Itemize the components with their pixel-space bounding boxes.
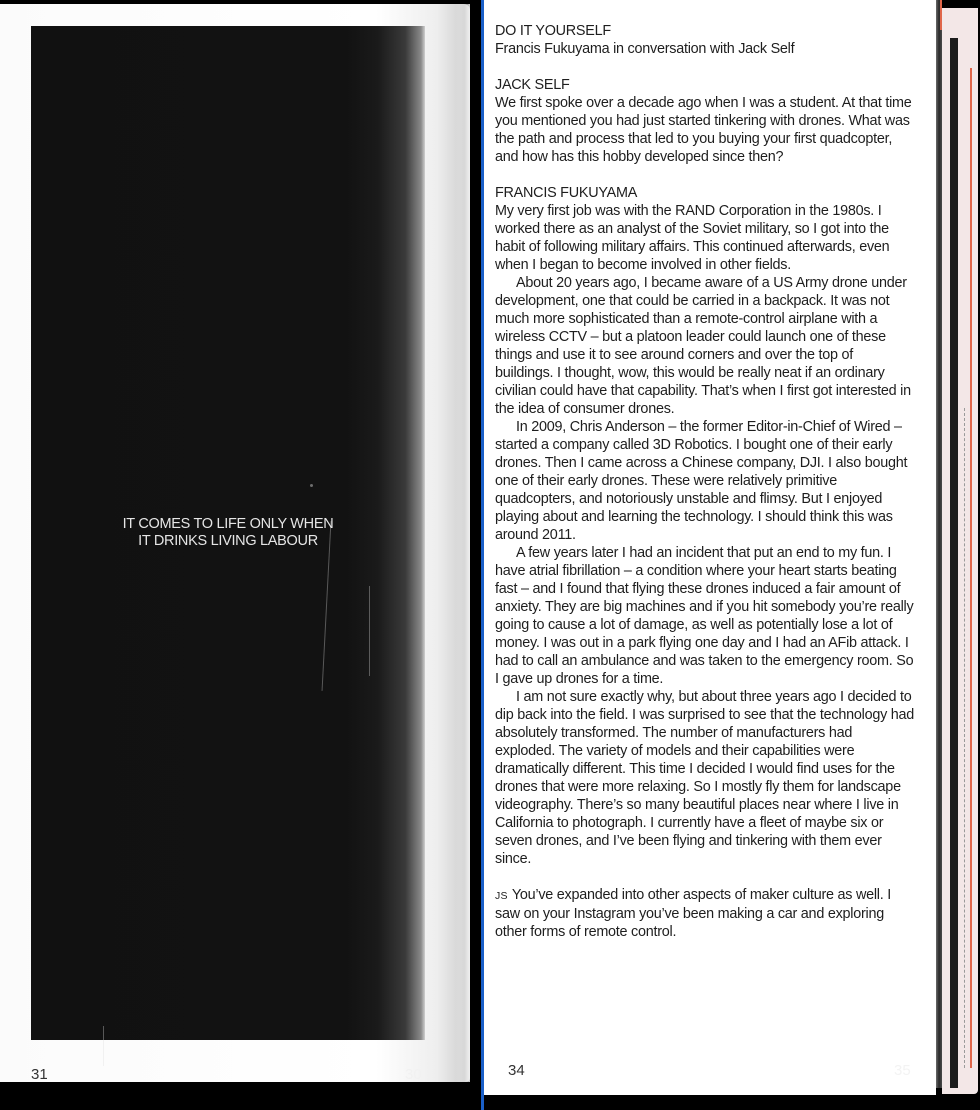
- next-page-black-strip: [950, 38, 958, 1088]
- page-number: 31: [31, 1066, 48, 1083]
- show-through-page-number: 30: [405, 1066, 422, 1083]
- answer-paragraph: About 20 years ago, I became aware of a …: [495, 274, 915, 418]
- page-edge-accent: [970, 68, 972, 1068]
- article-subtitle: Francis Fukuyama in conversation with Ja…: [495, 40, 915, 58]
- caption-line-2: IT DRINKS LIVING LABOUR: [31, 533, 425, 550]
- show-through-page-number: 35: [894, 1062, 911, 1079]
- scratch-mark: [103, 1026, 104, 1066]
- answer-paragraph: A few years later I had an incident that…: [495, 544, 915, 688]
- answer-paragraph: I am not sure exactly why, but about thr…: [495, 688, 915, 868]
- next-page-edge: [942, 8, 978, 1094]
- question-paragraph: We first spoke over a decade ago when I …: [495, 94, 915, 166]
- interview-article: DO IT YOURSELF Francis Fukuyama in conve…: [495, 22, 915, 941]
- dust-speck: [310, 484, 313, 487]
- article-title: DO IT YOURSELF: [495, 22, 915, 40]
- answer-paragraph: In 2009, Chris Anderson – the former Edi…: [495, 418, 915, 544]
- left-page: IT COMES TO LIFE ONLY WHEN IT DRINKS LIV…: [0, 4, 470, 1082]
- answer-paragraph: My very first job was with the RAND Corp…: [495, 202, 915, 274]
- perforation-line: [964, 408, 965, 1068]
- caption-line-1: IT COMES TO LIFE ONLY WHEN: [31, 516, 425, 533]
- scratch-mark: [369, 586, 370, 676]
- black-poster-image: IT COMES TO LIFE ONLY WHEN IT DRINKS LIV…: [31, 26, 425, 1040]
- follow-up-question: JSYou’ve expanded into other aspects of …: [495, 886, 915, 941]
- page-number: 34: [508, 1062, 525, 1079]
- speaker-label: FRANCIS FUKUYAMA: [495, 184, 915, 202]
- image-caption: IT COMES TO LIFE ONLY WHEN IT DRINKS LIV…: [31, 516, 425, 550]
- speaker-label: JACK SELF: [495, 76, 915, 94]
- question-text: You’ve expanded into other aspects of ma…: [495, 887, 891, 940]
- speaker-initials: JS: [495, 890, 508, 902]
- right-page: DO IT YOURSELF Francis Fukuyama in conve…: [484, 0, 936, 1095]
- book-page-edges: [936, 0, 980, 1110]
